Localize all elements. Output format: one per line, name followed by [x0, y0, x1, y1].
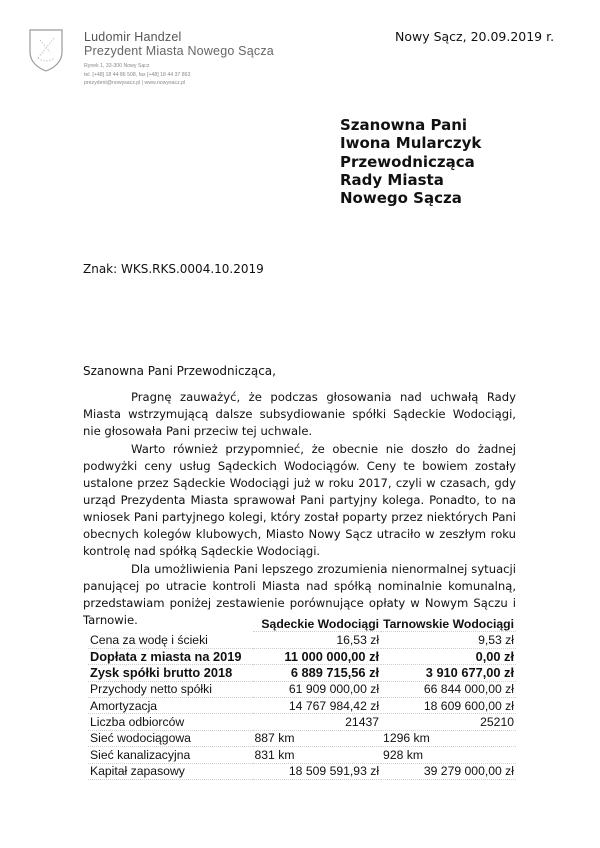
sender-name: Ludomir Handzel: [84, 30, 182, 44]
table-cell: 831 km: [253, 747, 382, 763]
table-cell: Zysk spółki brutto 2018: [88, 665, 253, 681]
table-row: Sieć wodociągowa887 km1296 km: [88, 730, 516, 746]
table-cell: 9,53 zł: [381, 632, 516, 648]
letter-date: Nowy Sącz, 20.09.2019 r.: [395, 29, 554, 44]
table-row: Sieć kanalizacyjna831 km928 km: [88, 747, 516, 763]
paragraph: Warto również przypomnieć, że obecnie ni…: [83, 441, 516, 560]
header-cell: [88, 616, 253, 632]
table-cell: Sieć wodociągowa: [88, 730, 253, 746]
table-cell: Dopłata z miasta na 2019: [88, 648, 253, 664]
table-header-row: Sądeckie Wodociągi Tarnowskie Wodociągi: [88, 616, 516, 632]
table-cell: Amortyzacja: [88, 697, 253, 713]
recipient-line: Przewodnicząca: [340, 153, 481, 171]
table-cell: 14 767 984,42 zł: [253, 697, 382, 713]
table-cell: 3 910 677,00 zł: [381, 665, 516, 681]
recipient-line: Nowego Sącza: [340, 189, 481, 207]
reference-number: Znak: WKS.RKS.0004.10.2019: [83, 262, 264, 276]
table-cell: 0,00 zł: [381, 648, 516, 664]
comparison-table: Sądeckie Wodociągi Tarnowskie Wodociągi …: [88, 616, 458, 780]
salutation: Szanowna Pani Przewodnicząca,: [83, 364, 276, 378]
sender-title: Prezydent Miasta Nowego Sącza: [84, 44, 274, 58]
table-cell: 11 000 000,00 zł: [253, 648, 382, 664]
sender-address: Rynek 1, 33-300 Nowy Sącz tel. [+48] 18 …: [84, 62, 190, 88]
table-cell: 66 844 000,00 zł: [381, 681, 516, 697]
table-cell: 928 km: [381, 747, 516, 763]
table-cell: Cena za wodę i ścieki: [88, 632, 253, 648]
letter-body: Pragnę zauważyć, że podczas głosowania n…: [83, 389, 516, 630]
paragraph: Pragnę zauważyć, że podczas głosowania n…: [83, 389, 516, 440]
email-line: prezydent@nowysacz.pl | www.nowysacz.pl: [84, 79, 190, 88]
recipient-block: Szanowna Pani Iwona Mularczyk Przewodnic…: [340, 116, 481, 207]
table-row: Przychody netto spółki61 909 000,00 zł66…: [88, 681, 516, 697]
table-cell: Przychody netto spółki: [88, 681, 253, 697]
address-line: Rynek 1, 33-300 Nowy Sącz: [84, 62, 190, 71]
table-cell: 21437: [253, 714, 382, 730]
table-cell: 887 km: [253, 730, 382, 746]
table-cell: 18 509 591,93 zł: [253, 763, 382, 779]
table-row: Liczba odbiorców2143725210: [88, 714, 516, 730]
phone-line: tel. [+48] 18 44 86 508, fax [+48] 18 44…: [84, 71, 190, 80]
recipient-line: Szanowna Pani: [340, 116, 481, 134]
table-row: Amortyzacja14 767 984,42 zł18 609 600,00…: [88, 697, 516, 713]
header-cell: Tarnowskie Wodociągi: [381, 616, 516, 632]
table-cell: 25210: [381, 714, 516, 730]
table-cell: Liczba odbiorców: [88, 714, 253, 730]
table-cell: 18 609 600,00 zł: [381, 697, 516, 713]
table-row: Kapitał zapasowy18 509 591,93 zł39 279 0…: [88, 763, 516, 779]
table-cell: 6 889 715,56 zł: [253, 665, 382, 681]
table-cell: Kapitał zapasowy: [88, 763, 253, 779]
header-cell: Sądeckie Wodociągi: [253, 616, 382, 632]
table-cell: 1296 km: [381, 730, 516, 746]
table-row: Zysk spółki brutto 20186 889 715,56 zł3 …: [88, 665, 516, 681]
recipient-line: Iwona Mularczyk: [340, 134, 481, 152]
table-cell: 61 909 000,00 zł: [253, 681, 382, 697]
table-row: Dopłata z miasta na 201911 000 000,00 zł…: [88, 648, 516, 664]
recipient-line: Rady Miasta: [340, 171, 481, 189]
table-row: Cena za wodę i ścieki16,53 zł9,53 zł: [88, 632, 516, 648]
table-cell: 16,53 zł: [253, 632, 382, 648]
table-cell: 39 279 000,00 zł: [381, 763, 516, 779]
table-cell: Sieć kanalizacyjna: [88, 747, 253, 763]
coat-of-arms-icon: [28, 28, 64, 72]
